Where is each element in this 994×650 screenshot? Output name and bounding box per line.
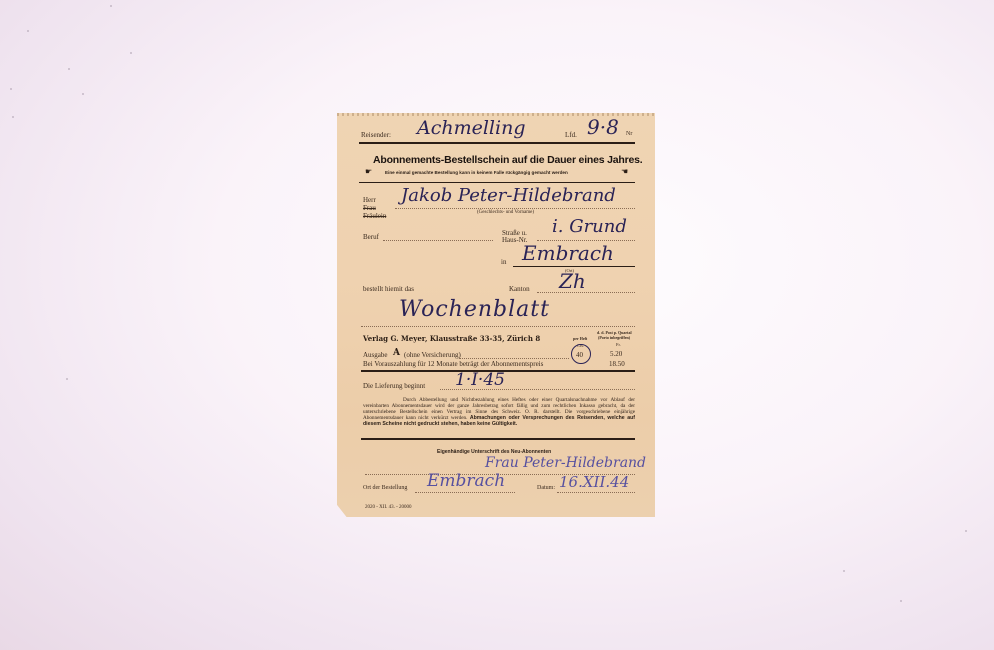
- print-code: 2020 - XII. 43. - 20000: [365, 505, 412, 510]
- subscription-order-form: Reisender: Achmelling Lfd. 9·8 Nr Abonne…: [337, 113, 655, 517]
- price-header-fr: Fr.: [616, 342, 621, 347]
- strasse-value: i. Grund: [552, 216, 627, 237]
- form-subtitle: Eine einmal gemachte Bestellung kann in …: [385, 170, 568, 175]
- name-value: Jakob Peter-Hildebrand: [401, 185, 616, 206]
- datum-value: 16.XII.44: [559, 473, 629, 491]
- reisender-value: Achmelling: [417, 117, 526, 139]
- divider: [359, 142, 635, 144]
- publication-line: [361, 326, 635, 327]
- ausgabe-letter: A: [393, 348, 400, 358]
- beruf-label: Beruf: [363, 233, 379, 241]
- salutation-frau: Frau: [363, 204, 376, 212]
- in-label: in: [501, 258, 506, 266]
- reisender-label: Reisender:: [361, 131, 391, 139]
- ort-value: Embrach: [522, 241, 614, 265]
- bestellt-label: bestellt hiemit das: [363, 285, 414, 293]
- kanton-label: Kanton: [509, 285, 530, 293]
- ort-bestellung-value: Embrach: [427, 471, 505, 491]
- ort-bestellung-label: Ort der Bestellung: [363, 485, 407, 491]
- publisher: Verlag G. Meyer, Klausstraße 33-35, Züri…: [363, 334, 540, 343]
- kanton-line: [537, 292, 635, 293]
- datum-label: Datum:: [537, 485, 555, 491]
- divider: [361, 438, 635, 440]
- price-header-porto: (Porto inbegriffen): [598, 335, 630, 340]
- lieferung-label: Die Lieferung beginnt: [363, 382, 425, 390]
- publication-value: Wochenblatt: [399, 297, 550, 322]
- signature-value: Frau Peter-Hildebrand: [485, 455, 646, 471]
- price-per-issue: 40: [576, 351, 583, 359]
- nr-label: Nr: [626, 131, 632, 137]
- name-hint: (Geschlechts- und Vorname): [477, 210, 534, 215]
- lieferung-line: [440, 389, 635, 390]
- price-quarter: 5.20: [610, 350, 622, 358]
- divider: [359, 182, 635, 183]
- pointing-hand-icon: ☚: [621, 167, 628, 176]
- lfd-label: Lfd.: [565, 131, 577, 139]
- datum-line: [557, 492, 635, 493]
- terms-text: Durch Abbestellung und Nichtbezahlung ei…: [363, 397, 635, 427]
- pointing-hand-icon: ☛: [365, 167, 372, 176]
- price-header-per-issue: per Heft: [573, 336, 587, 341]
- name-line: [395, 208, 635, 209]
- kanton-value: Zh: [559, 269, 586, 293]
- form-title: Abonnements-Bestellschein auf die Dauer …: [373, 154, 643, 166]
- lieferung-value: 1·I·45: [455, 370, 505, 390]
- ort-line: [513, 266, 635, 267]
- salutation-herr: Herr: [363, 196, 376, 204]
- ausgabe-desc: (ohne Versicherung): [404, 351, 461, 359]
- ausgabe-dots: [459, 358, 569, 359]
- annual-label: Bei Vorauszahlung für 12 Monate beträgt …: [363, 360, 543, 368]
- ausgabe-label: Ausgabe: [363, 351, 388, 359]
- lfd-value: 9·8: [587, 115, 619, 139]
- ort-bestellung-line: [415, 492, 515, 493]
- salutation-fraeulein: Fräulein: [363, 212, 386, 220]
- beruf-line: [383, 240, 493, 241]
- price-annual: 18.50: [609, 360, 625, 368]
